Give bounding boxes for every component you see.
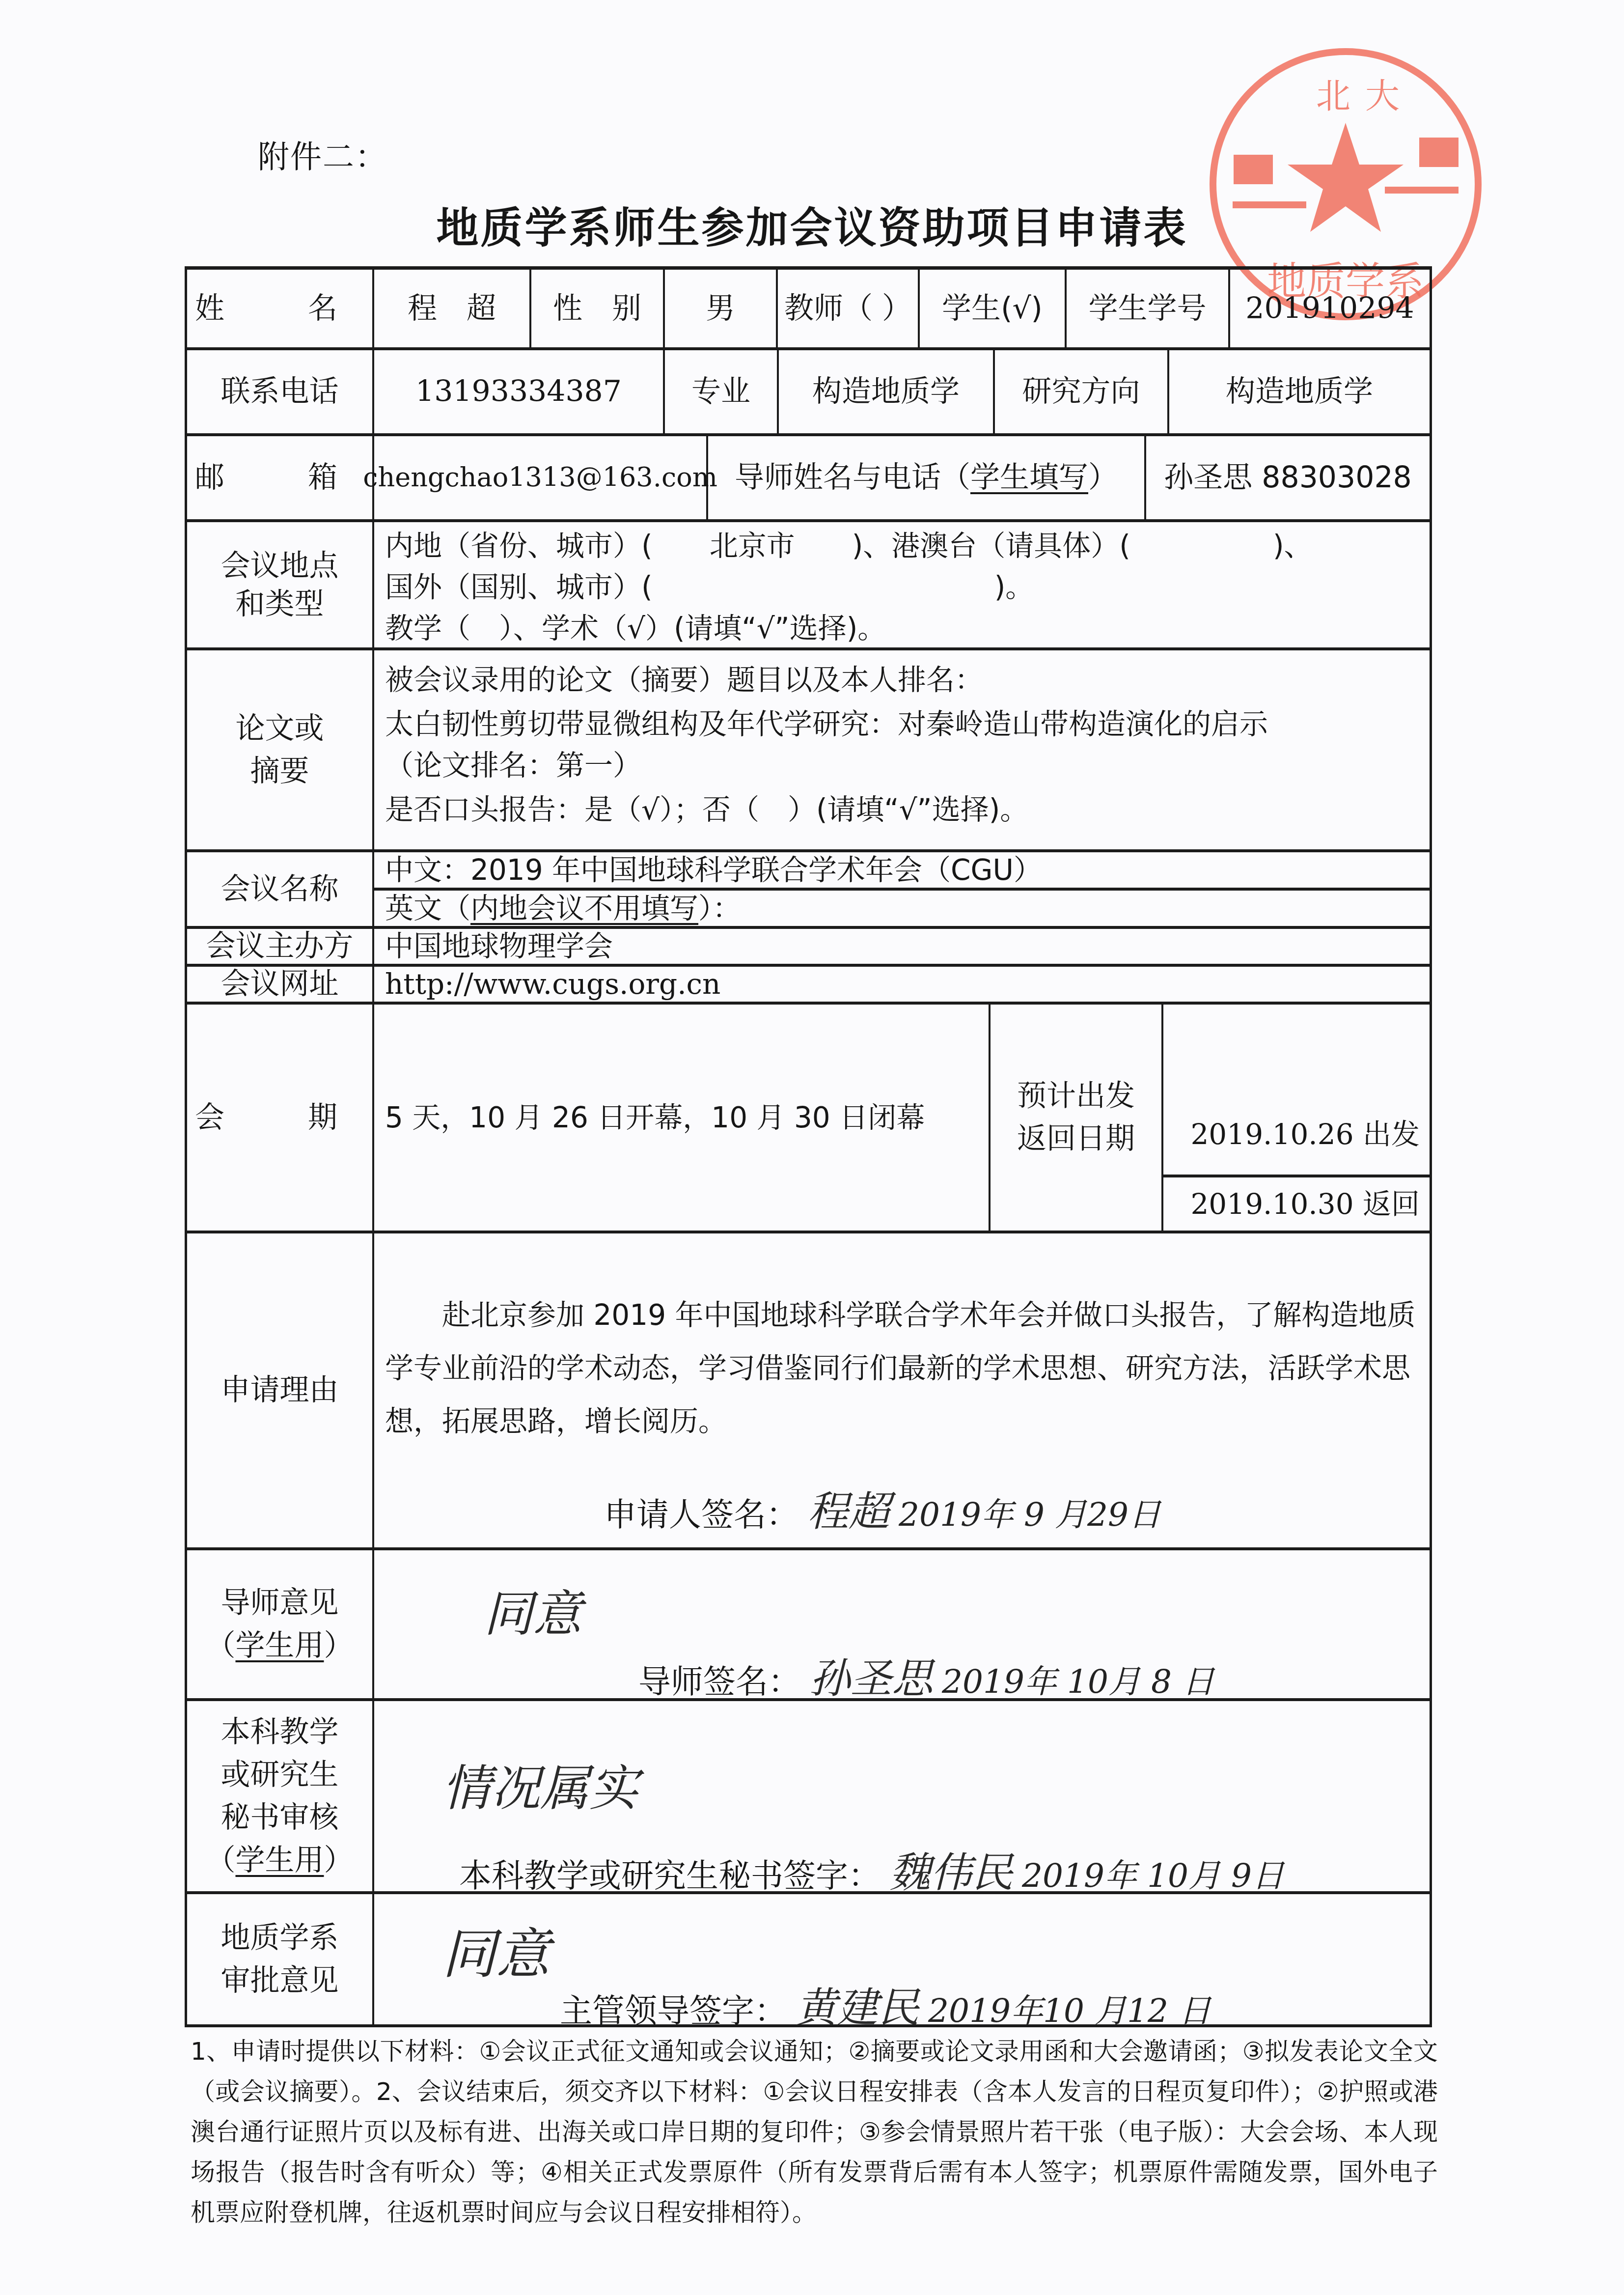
conference-period-label: 会 期 xyxy=(187,1005,374,1233)
conference-name-english[interactable]: 英文（内地会议不用填写）： xyxy=(374,891,1430,929)
location-domestic-line: 内地（省份、城市）( 北京市 )、港澳台（请具体）( )、 xyxy=(385,525,1419,566)
svg-text:北: 北 xyxy=(1316,76,1350,116)
applicant-signature-label: 申请人签名： xyxy=(604,1496,798,1534)
conference-type-line: 教学（ ）、学术（√）(请填“√”选择)。 xyxy=(385,608,1419,649)
advisor-signature[interactable]: 孙圣思 xyxy=(809,1654,933,1703)
reason-label: 申请理由 xyxy=(187,1233,374,1550)
department-signature[interactable]: 黄建民 xyxy=(796,1984,919,2032)
paper-field[interactable]: 被会议录用的论文（摘要）题目以及本人排名： 太白韧性剪切带显微组构及年代学研究：… xyxy=(374,650,1430,852)
secretary-opinion-text: 情况属实 xyxy=(442,1749,638,1819)
email-label: 邮 箱 xyxy=(187,436,374,522)
research-direction-value[interactable]: 构造地质学 xyxy=(1169,350,1430,436)
advisor-sign-date: 2019年 10月 8 日 xyxy=(942,1663,1214,1701)
travel-dates-label: 预计出发返回日期 xyxy=(991,1005,1163,1233)
oral-report-choice: 是否口头报告：是（√）；否（ ）(请填“√”选择)。 xyxy=(385,786,1419,833)
location-abroad-line: 国外（国别、城市）( )。 xyxy=(385,566,1419,608)
secretary-sign-date: 2019年 10月 9日 xyxy=(1022,1857,1284,1895)
secretary-review-label: 本科教学 或研究生 秘书审核 （学生用） xyxy=(187,1701,374,1894)
advisor-signature-line: 导师签名：孙圣思2019年 10月 8 日 xyxy=(638,1646,1214,1705)
location-type-field[interactable]: 内地（省份、城市）( 北京市 )、港澳台（请具体）( )、 国外（国别、城市）(… xyxy=(374,522,1430,650)
secretary-signature[interactable]: 魏伟民 xyxy=(889,1848,1013,1897)
department-approval-label: 地质学系 审批意见 xyxy=(187,1894,374,2027)
paper-rank: （论文排名：第一） xyxy=(385,745,1419,786)
annex-label: 附件二： xyxy=(258,132,387,177)
major-label: 专业 xyxy=(665,350,779,436)
major-value[interactable]: 构造地质学 xyxy=(779,350,995,436)
phone-label: 联系电话 xyxy=(187,350,374,436)
organizer-value[interactable]: 中国地球物理学会 xyxy=(374,929,1430,967)
gender-label: 性 别 xyxy=(531,270,665,350)
website-label: 会议网址 xyxy=(187,967,374,1005)
name-label: 姓 名 xyxy=(187,270,374,350)
advisor-opinion-label: 导师意见 （学生用） xyxy=(187,1550,374,1701)
advisor-opinion-text: 同意 xyxy=(484,1574,582,1645)
secretary-signature-line: 本科教学或研究生秘书签字：魏伟民2019年 10月 9日 xyxy=(459,1840,1284,1899)
phone-value[interactable]: 13193334387 xyxy=(374,350,665,436)
organizer-label: 会议主办方 xyxy=(187,929,374,967)
department-sign-date: 2019年10 月12 日 xyxy=(928,1992,1211,2030)
conference-period-value[interactable]: 5 天，10 月 26 日开幕，10 月 30 日闭幕 xyxy=(374,1005,991,1233)
department-opinion-text: 同意 xyxy=(442,1911,550,1988)
applicant-signature[interactable]: 程超 xyxy=(807,1487,890,1536)
student-checkbox[interactable]: 学生(√) xyxy=(920,270,1067,350)
student-id-label: 学生学号 xyxy=(1067,270,1230,350)
submission-notes: 1、申请时提供以下材料：①会议正式征文通知或会议通知；②摘要或论文录用函和大会邀… xyxy=(191,2031,1438,2233)
website-value[interactable]: http://www.cugs.org.cn xyxy=(374,967,1430,1005)
conference-name-chinese[interactable]: 中文：2019 年中国地球科学联合学术年会（CGU） xyxy=(374,852,1430,891)
svg-text:大: 大 xyxy=(1365,76,1400,116)
email-value[interactable]: chengchao1313@163.com xyxy=(374,436,708,522)
name-value[interactable]: 程 超 xyxy=(374,270,531,350)
research-direction-label: 研究方向 xyxy=(995,350,1169,436)
conference-name-label: 会议名称 xyxy=(187,852,374,929)
student-id-value[interactable]: 201910294 xyxy=(1230,270,1430,350)
department-signature-label: 主管领导签字： xyxy=(560,1992,787,2030)
secretary-signature-label: 本科教学或研究生秘书签字： xyxy=(459,1857,881,1895)
advisor-value[interactable]: 孙圣思 88303028 xyxy=(1146,436,1430,522)
paper-title: 太白韧性剪切带显微组构及年代学研究：对秦岭造山带构造演化的启示 xyxy=(385,703,1419,745)
departure-date[interactable]: 2019.10.26 出发 xyxy=(1163,1005,1430,1177)
applicant-sign-date: 2019年 9 月29日 xyxy=(899,1496,1161,1534)
paper-label: 论文或摘要 xyxy=(187,650,374,852)
teacher-checkbox[interactable]: 教师（ ） xyxy=(778,270,920,350)
advisor-signature-label: 导师签名： xyxy=(638,1663,800,1701)
paper-prompt: 被会议录用的论文（摘要）题目以及本人排名： xyxy=(385,656,1419,703)
advisor-label: 导师姓名与电话（学生填写） xyxy=(708,436,1146,522)
department-signature-line: 主管领导签字：黄建民2019年10 月12 日 xyxy=(560,1975,1211,2034)
applicant-signature-line: 申请人签名：程超2019年 9 月29日 xyxy=(604,1479,1161,1538)
gender-value[interactable]: 男 xyxy=(665,270,778,350)
location-type-label: 会议地点和类型 xyxy=(187,522,374,650)
reason-text: 赴北京参加 2019 年中国地球科学联合学术年会并做口头报告，了解构造地质学专业… xyxy=(385,1288,1419,1448)
return-date[interactable]: 2019.10.30 返回 xyxy=(1163,1177,1430,1233)
